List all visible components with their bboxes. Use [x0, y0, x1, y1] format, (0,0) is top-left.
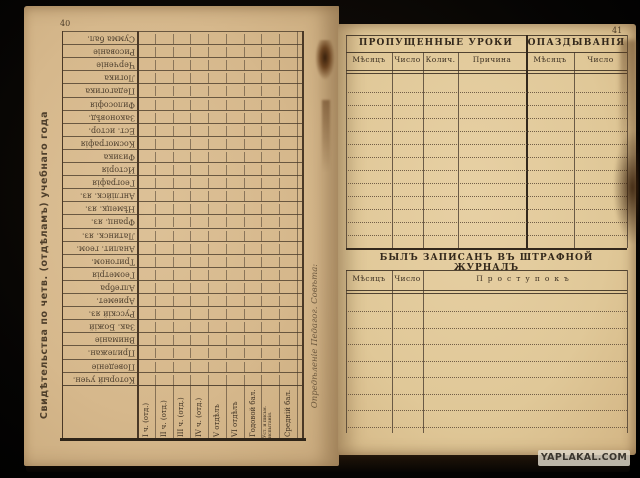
cell-divider-tick: [190, 86, 191, 96]
cell-divider-tick: [155, 152, 156, 162]
cell-divider-tick: [173, 257, 174, 267]
cell-divider-tick: [244, 152, 245, 162]
subject-row: Рисованіе: [62, 44, 302, 58]
cell-divider-tick: [226, 165, 227, 175]
cell-divider-tick: [226, 178, 227, 188]
column-header: Мѣсяцъ: [346, 274, 392, 283]
left-page: 40 Свидѣтельства по четв. (отдѣламъ) уче…: [24, 6, 339, 466]
cell-divider-tick: [261, 204, 262, 214]
column-header: Число: [392, 55, 423, 64]
cell-divider-tick: [279, 113, 280, 123]
subject-row: Нѣмецк. яз.: [62, 201, 302, 215]
cell-divider-tick: [261, 178, 262, 188]
cell-divider-tick: [226, 348, 227, 358]
cell-divider-tick: [244, 113, 245, 123]
cell-divider-tick: [155, 86, 156, 96]
cell-divider-tick: [244, 257, 245, 267]
subject-label: Ариѳмет.: [62, 294, 138, 307]
cell-divider-tick: [190, 270, 191, 280]
cell-divider-tick: [190, 244, 191, 254]
cell-divider-tick: [244, 348, 245, 358]
column-divider: [423, 52, 424, 248]
cell-divider-tick: [261, 60, 262, 70]
cell-divider-tick: [261, 375, 262, 385]
column-header: Число: [392, 274, 423, 283]
column-header: Проступокъ: [423, 274, 627, 283]
cell-divider-tick: [226, 139, 227, 149]
cell-divider-tick: [173, 191, 174, 201]
dotted-entry-line: [346, 208, 627, 210]
cell-divider-tick: [226, 335, 227, 345]
subject-label: Поведеніе: [62, 360, 138, 373]
cell-divider-tick: [279, 34, 280, 44]
subject-row: Латинск. яз.: [62, 228, 302, 242]
dotted-entry-line: [346, 104, 627, 106]
cell-divider-tick: [208, 217, 209, 227]
cell-divider-tick: [173, 322, 174, 332]
table-right-inner-border: [297, 31, 298, 438]
cell-divider-tick: [261, 113, 262, 123]
cell-divider-tick: [279, 178, 280, 188]
period-header: IV ч. (отд.): [191, 385, 207, 437]
cell-divider-tick: [173, 217, 174, 227]
cell-divider-tick: [244, 165, 245, 175]
cell-divider-tick: [155, 257, 156, 267]
cell-divider-tick: [226, 60, 227, 70]
cell-divider-tick: [208, 86, 209, 96]
subject-row: Зак. Божій: [62, 319, 302, 333]
cell-divider-tick: [155, 217, 156, 227]
cell-divider-tick: [155, 204, 156, 214]
header-double-rule-b: [346, 293, 627, 294]
cell-divider-tick: [208, 335, 209, 345]
cell-divider-tick: [226, 283, 227, 293]
cell-divider-tick: [279, 283, 280, 293]
cell-divider-tick: [261, 217, 262, 227]
cell-divider-tick: [173, 231, 174, 241]
cell-divider-tick: [261, 152, 262, 162]
cell-divider-tick: [208, 362, 209, 372]
cell-divider-tick: [261, 296, 262, 306]
cell-divider-tick: [190, 348, 191, 358]
cell-divider-tick: [155, 296, 156, 306]
cell-divider-tick: [261, 34, 262, 44]
subject-row: Геометрія: [62, 267, 302, 281]
cell-divider-tick: [155, 309, 156, 319]
cell-divider-tick: [173, 113, 174, 123]
subject-row: Исторія: [62, 162, 302, 176]
cell-divider-tick: [173, 283, 174, 293]
cell-divider-tick: [208, 283, 209, 293]
cell-divider-tick: [279, 86, 280, 96]
cell-divider-tick: [208, 126, 209, 136]
dotted-entry-line: [346, 409, 627, 411]
cell-divider-tick: [279, 348, 280, 358]
dotted-entry-line: [346, 426, 627, 428]
cell-divider-tick: [244, 231, 245, 241]
cell-divider-tick: [226, 86, 227, 96]
header-double-rule-a: [346, 70, 627, 71]
subject-label: Законовѣд.: [62, 111, 138, 124]
cell-divider-tick: [244, 270, 245, 280]
subject-row: Тригоном.: [62, 254, 302, 268]
left-page-number: 40: [60, 19, 70, 28]
tardiness-title: ОПАЗДЫВАНІЯ: [526, 36, 627, 51]
cell-divider-tick: [226, 152, 227, 162]
missed-lessons-title: ПРОПУЩЕННЫЕ УРОКИ: [346, 36, 526, 51]
cell-divider-tick: [244, 296, 245, 306]
cell-divider-tick: [279, 191, 280, 201]
cell-divider-tick: [173, 204, 174, 214]
period-header: I ч. (отд.): [138, 385, 154, 437]
cell-divider-tick: [261, 86, 262, 96]
cell-divider-tick: [208, 139, 209, 149]
subject-label: Черченіе: [62, 58, 138, 71]
cell-divider-tick: [173, 348, 174, 358]
subject-row: Законовѣд.: [62, 110, 302, 124]
cell-divider-tick: [155, 126, 156, 136]
cell-divider-tick: [279, 204, 280, 214]
subject-row: Русскій яз.: [62, 306, 302, 320]
cell-divider-tick: [226, 34, 227, 44]
cell-divider-tick: [208, 60, 209, 70]
cell-divider-tick: [190, 309, 191, 319]
cell-divider-tick: [190, 34, 191, 44]
subject-label: Который учен.: [62, 373, 138, 386]
cell-divider-tick: [190, 283, 191, 293]
edge-stain-light: [620, 40, 636, 150]
cell-divider-tick: [226, 126, 227, 136]
cell-divider-tick: [173, 86, 174, 96]
cell-divider-tick: [244, 73, 245, 83]
table-bottom-rule: [346, 248, 627, 250]
cell-divider-tick: [190, 73, 191, 83]
header-band-divider: [226, 385, 227, 438]
cell-divider-tick: [244, 100, 245, 110]
cell-divider-tick: [279, 335, 280, 345]
cell-divider-tick: [208, 100, 209, 110]
table-bottom-rule: [60, 438, 306, 441]
watermark-badge: YAPLAKAL.COM: [538, 450, 630, 466]
cell-divider-tick: [155, 34, 156, 44]
cell-divider-tick: [190, 152, 191, 162]
cell-divider-tick: [261, 100, 262, 110]
subject-row: Логика: [62, 70, 302, 84]
header-band-divider: [261, 385, 262, 438]
dotted-entry-line: [346, 327, 627, 329]
cell-divider-tick: [261, 191, 262, 201]
header-double-rule-a: [346, 290, 627, 291]
cell-divider-tick: [190, 178, 191, 188]
period-header: Уст. и письм.испытанія.: [261, 386, 279, 438]
cell-divider-tick: [226, 244, 227, 254]
cell-divider-tick: [190, 126, 191, 136]
cell-divider-tick: [244, 375, 245, 385]
cell-divider-tick: [261, 270, 262, 280]
cell-divider-tick: [208, 34, 209, 44]
header-band-divider: [173, 385, 174, 438]
cell-divider-tick: [173, 126, 174, 136]
cell-divider-tick: [261, 47, 262, 57]
table-right-border: [627, 270, 628, 433]
cell-divider-tick: [173, 178, 174, 188]
cell-divider-tick: [173, 362, 174, 372]
cell-divider-tick: [155, 231, 156, 241]
cell-divider-tick: [279, 257, 280, 267]
cell-divider-tick: [261, 283, 262, 293]
cell-divider-tick: [244, 244, 245, 254]
subject-row: Ест. истор.: [62, 123, 302, 137]
cell-divider-tick: [226, 375, 227, 385]
cell-divider-tick: [155, 375, 156, 385]
cell-divider-tick: [279, 322, 280, 332]
cell-divider-tick: [155, 139, 156, 149]
cell-divider-tick: [208, 231, 209, 241]
cell-divider-tick: [208, 165, 209, 175]
cell-divider-tick: [155, 322, 156, 332]
subject-label: Ест. истор.: [62, 124, 138, 137]
dotted-entry-line: [346, 117, 627, 119]
subject-label: Физика: [62, 150, 138, 163]
cell-divider-tick: [279, 217, 280, 227]
subject-label: Аналит. геом.: [62, 242, 138, 255]
subject-label: Рисованіе: [62, 45, 138, 58]
cell-divider-tick: [173, 244, 174, 254]
cell-divider-tick: [279, 296, 280, 306]
subject-row: Географія: [62, 175, 302, 189]
period-header: Годовой бал.: [245, 385, 261, 437]
cell-divider-tick: [279, 60, 280, 70]
subject-label: Сумма бал.: [62, 32, 138, 45]
cell-divider-tick: [208, 113, 209, 123]
cell-divider-tick: [208, 322, 209, 332]
cell-divider-tick: [190, 191, 191, 201]
dotted-entry-line: [346, 169, 627, 171]
cell-divider-tick: [244, 126, 245, 136]
cell-divider-tick: [279, 139, 280, 149]
period-header: II ч. (отд.): [156, 385, 172, 437]
cell-divider-tick: [173, 47, 174, 57]
dotted-entry-line: [346, 182, 627, 184]
subject-row: Англійск. яз.: [62, 188, 302, 202]
cell-divider-tick: [226, 296, 227, 306]
cell-divider-tick: [226, 257, 227, 267]
cell-divider-tick: [173, 139, 174, 149]
subject-row: Вниманіе: [62, 332, 302, 346]
cell-divider-tick: [208, 375, 209, 385]
dotted-entry-line: [346, 343, 627, 345]
cell-divider-tick: [173, 34, 174, 44]
cell-divider-tick: [190, 231, 191, 241]
dotted-entry-line: [346, 360, 627, 362]
cell-divider-tick: [190, 100, 191, 110]
cell-divider-tick: [190, 217, 191, 227]
cell-divider-tick: [279, 73, 280, 83]
cell-divider-tick: [155, 335, 156, 345]
dotted-entry-line: [346, 310, 627, 312]
cell-divider-tick: [279, 126, 280, 136]
subject-row: Прилежан.: [62, 345, 302, 359]
cell-divider-tick: [155, 191, 156, 201]
cell-divider-tick: [244, 283, 245, 293]
cell-divider-tick: [244, 204, 245, 214]
period-header: Средній бал.: [280, 385, 296, 437]
cell-divider-tick: [261, 231, 262, 241]
subject-label: Нѣмецк. яз.: [62, 202, 138, 215]
section-divider: [526, 35, 528, 248]
cell-divider-tick: [208, 73, 209, 83]
subject-label: Космографія: [62, 137, 138, 150]
column-header: Мѣсяцъ: [526, 55, 574, 64]
cell-divider-tick: [244, 47, 245, 57]
subject-label: Географія: [62, 176, 138, 189]
cell-divider-tick: [155, 73, 156, 83]
subject-label: Англійск. яз.: [62, 189, 138, 202]
cell-divider-tick: [226, 191, 227, 201]
table-left-border: [346, 35, 347, 248]
subject-label: Тригоном.: [62, 255, 138, 268]
table-left-border: [62, 31, 63, 438]
column-header: Причина: [458, 55, 526, 64]
subject-label: Логика: [62, 71, 138, 84]
period-header: V отдѣлъ: [209, 385, 225, 437]
cell-divider-tick: [226, 73, 227, 83]
right-page: 41 ПРОПУЩЕННЫЕ УРОКИ ОПАЗДЫВАНІЯ МѣсяцъЧ…: [338, 24, 636, 455]
cell-divider-tick: [261, 348, 262, 358]
subject-row: Ариѳмет.: [62, 293, 302, 307]
cell-divider-tick: [261, 244, 262, 254]
cell-divider-tick: [208, 309, 209, 319]
period-header: VI отдѣлъ: [227, 385, 243, 437]
cell-divider-tick: [173, 165, 174, 175]
subject-label: Исторія: [62, 163, 138, 176]
cell-divider-tick: [226, 100, 227, 110]
cell-divider-tick: [190, 60, 191, 70]
cell-divider-tick: [226, 322, 227, 332]
cell-divider-tick: [155, 47, 156, 57]
subject-row: Философія: [62, 97, 302, 111]
header-double-rule-b: [346, 73, 627, 74]
cell-divider-tick: [173, 335, 174, 345]
cell-divider-tick: [244, 34, 245, 44]
subject-label: Латинск. яз.: [62, 229, 138, 242]
subject-label: Геометрія: [62, 268, 138, 281]
cell-divider-tick: [244, 60, 245, 70]
cell-divider-tick: [155, 60, 156, 70]
cell-divider-tick: [226, 47, 227, 57]
dotted-entry-line: [346, 376, 627, 378]
dotted-entry-line: [346, 156, 627, 158]
header-band-divider: [208, 385, 209, 438]
subject-row: Черченіе: [62, 57, 302, 71]
cell-divider-tick: [261, 257, 262, 267]
dotted-entry-line: [346, 393, 627, 395]
column-header: Мѣсяцъ: [346, 55, 392, 64]
dotted-entry-line: [346, 195, 627, 197]
cell-divider-tick: [244, 191, 245, 201]
cell-divider-tick: [155, 283, 156, 293]
cell-divider-tick: [208, 270, 209, 280]
cell-divider-tick: [279, 270, 280, 280]
cell-divider-tick: [279, 362, 280, 372]
period-header: III ч. (отд.): [173, 385, 189, 437]
subject-label: Русскій яз.: [62, 307, 138, 320]
subject-label: Вниманіе: [62, 333, 138, 346]
subject-label: Франц. яз.: [62, 215, 138, 228]
cell-divider-tick: [190, 335, 191, 345]
cell-divider-tick: [279, 231, 280, 241]
cell-divider-tick: [208, 191, 209, 201]
cell-divider-tick: [190, 139, 191, 149]
cell-divider-tick: [155, 270, 156, 280]
header-band-divider: [244, 385, 245, 438]
book-photo: 40 Свидѣтельства по четв. (отдѣламъ) уче…: [0, 0, 640, 478]
cell-divider-tick: [261, 335, 262, 345]
cell-divider-tick: [208, 348, 209, 358]
cell-divider-tick: [226, 231, 227, 241]
cell-divider-tick: [190, 257, 191, 267]
cell-divider-tick: [208, 47, 209, 57]
cell-divider-tick: [173, 375, 174, 385]
table-top-rule: [346, 270, 627, 271]
cell-divider-tick: [208, 244, 209, 254]
cell-divider-tick: [244, 217, 245, 227]
cell-divider-tick: [261, 126, 262, 136]
cell-divider-tick: [244, 309, 245, 319]
cell-divider-tick: [190, 362, 191, 372]
cell-divider-tick: [279, 100, 280, 110]
cell-divider-tick: [173, 270, 174, 280]
cell-divider-tick: [261, 165, 262, 175]
cell-divider-tick: [190, 322, 191, 332]
cell-divider-tick: [244, 86, 245, 96]
subject-label: Прилежан.: [62, 346, 138, 359]
cell-divider-tick: [208, 296, 209, 306]
dotted-entry-line: [346, 234, 627, 236]
cell-divider-tick: [226, 309, 227, 319]
table-right-border: [302, 31, 304, 438]
column-divider: [574, 52, 575, 248]
title-bottom-rule: [346, 52, 627, 53]
cell-divider-tick: [208, 152, 209, 162]
cell-divider-tick: [173, 296, 174, 306]
cell-divider-tick: [208, 257, 209, 267]
subject-row: Сумма бал.: [62, 31, 302, 45]
cell-divider-tick: [173, 60, 174, 70]
label-divider: [137, 31, 139, 438]
subject-label: Педагогика: [62, 84, 138, 97]
subject-label: Алгебра: [62, 281, 138, 294]
cell-divider-tick: [226, 270, 227, 280]
column-divider: [392, 52, 393, 248]
cell-divider-tick: [190, 375, 191, 385]
cell-divider-tick: [190, 296, 191, 306]
cell-divider-tick: [261, 309, 262, 319]
cell-divider-tick: [155, 244, 156, 254]
cell-divider-tick: [279, 152, 280, 162]
cell-divider-tick: [244, 139, 245, 149]
cell-divider-tick: [261, 322, 262, 332]
subject-row: Поведеніе: [62, 359, 302, 373]
subject-row: Педагогика: [62, 83, 302, 97]
cell-divider-tick: [261, 73, 262, 83]
cell-divider-tick: [244, 362, 245, 372]
binding-stitch-tail: [322, 100, 330, 172]
subject-row: Который учен.: [62, 372, 302, 386]
cell-divider-tick: [208, 204, 209, 214]
cell-divider-tick: [279, 47, 280, 57]
dotted-entry-line: [346, 91, 627, 93]
